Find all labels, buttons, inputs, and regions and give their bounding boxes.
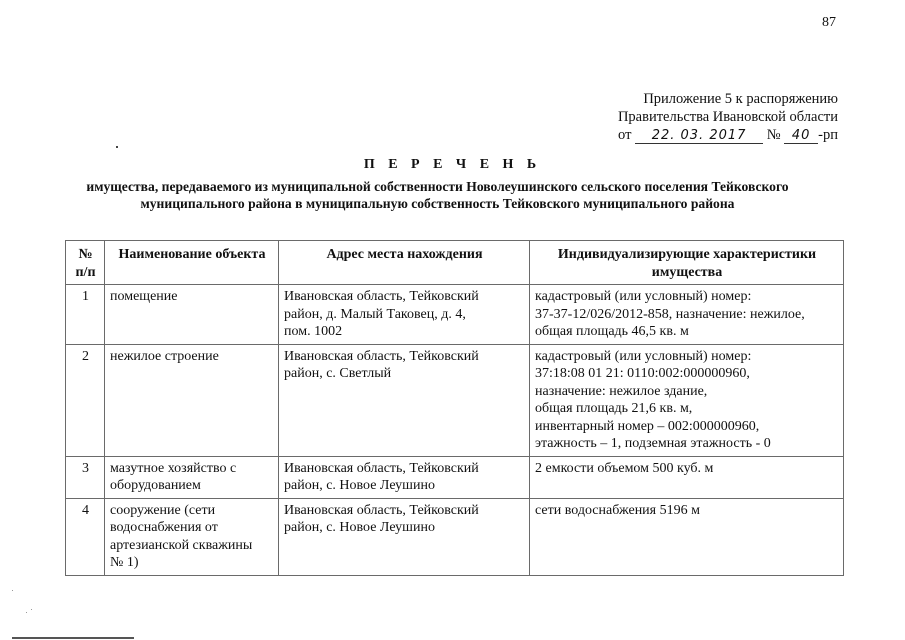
appendix-line-2: Правительства Ивановской области (618, 108, 838, 126)
row-number: 3 (66, 456, 105, 498)
cell-line: мазутное хозяйство с (110, 460, 274, 478)
cell-line: № 1) (110, 554, 274, 572)
cell-line: этажность – 1, подземная этажность - 0 (535, 435, 839, 453)
table-row: 1 помещение Ивановская область, Тейковск… (66, 285, 844, 345)
cell-line: нежилое строение (110, 348, 274, 366)
cell-line: инвентарный номер – 002:000000960, (535, 418, 839, 436)
number-prefix: № (767, 127, 781, 143)
scan-speck (12, 590, 13, 591)
cell-line: район, с. Новое Леушино (284, 477, 525, 495)
row-number: 4 (66, 498, 105, 575)
cell-line: Ивановская область, Тейковский (284, 348, 525, 366)
cell-line: район, с. Светлый (284, 365, 525, 383)
cell-line: общая площадь 21,6 кв. м, (535, 400, 839, 418)
page-number: 87 (822, 15, 836, 31)
cell-line: район, д. Малый Таковец, д. 4, (284, 306, 525, 324)
cell-line: Ивановская область, Тейковский (284, 502, 525, 520)
appendix-line-1: Приложение 5 к распоряжению (618, 90, 838, 108)
handwritten-number: 40 (784, 129, 818, 144)
row-characteristics: 2 емкости объемом 500 куб. м (530, 456, 844, 498)
row-name: сооружение (сети водоснабжения от артези… (105, 498, 279, 575)
header-number: № п/п (66, 241, 105, 285)
row-name: мазутное хозяйство с оборудованием (105, 456, 279, 498)
table-header-row: № п/п Наименование объекта Адрес места н… (66, 241, 844, 285)
cell-line: сооружение (сети (110, 502, 274, 520)
cell-line: помещение (110, 288, 274, 306)
cell-line: водоснабжения от (110, 519, 274, 537)
cell-line: 37:18:08 01 21: 0110:002:000000960, (535, 365, 839, 383)
header-chars-line-2: имущества (535, 264, 839, 282)
row-address: Ивановская область, Тейковский район, с.… (279, 344, 530, 456)
order-suffix: -рп (818, 127, 838, 143)
cell-line: артезианской скважины (110, 537, 274, 555)
header-chars-line-1: Индивидуализирующие характеристики (535, 246, 839, 264)
cell-line: район, с. Новое Леушино (284, 519, 525, 537)
document-subtitle: имущества, передаваемого из муниципально… (20, 178, 855, 212)
cell-line: назначение: нежилое здание, (535, 383, 839, 401)
table-row: 2 нежилое строение Ивановская область, Т… (66, 344, 844, 456)
cell-line: кадастровый (или условный) номер: (535, 348, 839, 366)
cell-line: Ивановская область, Тейковский (284, 460, 525, 478)
subtitle-line-2: муниципального района в муниципальную со… (20, 195, 855, 212)
cell-line: 2 емкости объемом 500 куб. м (535, 460, 839, 478)
document-title: П Е Р Е Ч Е Н Ь (0, 157, 905, 173)
table-row: 3 мазутное хозяйство с оборудованием Ива… (66, 456, 844, 498)
row-characteristics: кадастровый (или условный) номер: 37-37-… (530, 285, 844, 345)
row-name: помещение (105, 285, 279, 345)
cell-line: Ивановская область, Тейковский (284, 288, 525, 306)
subtitle-line-1: имущества, передаваемого из муниципально… (20, 178, 855, 195)
row-address: Ивановская область, Тейковский район, д.… (279, 285, 530, 345)
row-number: 1 (66, 285, 105, 345)
cell-line: сети водоснабжения 5196 м (535, 502, 839, 520)
appendix-line-3: от 22. 03. 2017 № 40-рп (618, 126, 838, 144)
cell-line: 37-37-12/026/2012-858, назначение: нежил… (535, 306, 839, 324)
row-address: Ивановская область, Тейковский район, с.… (279, 498, 530, 575)
header-address: Адрес места нахождения (279, 241, 530, 285)
header-name: Наименование объекта (105, 241, 279, 285)
property-table: № п/п Наименование объекта Адрес места н… (65, 240, 844, 576)
row-number: 2 (66, 344, 105, 456)
row-characteristics: сети водоснабжения 5196 м (530, 498, 844, 575)
date-prefix: от (618, 127, 631, 143)
header-number-line-1: № (71, 246, 100, 264)
header-characteristics: Индивидуализирующие характеристики имуще… (530, 241, 844, 285)
row-characteristics: кадастровый (или условный) номер: 37:18:… (530, 344, 844, 456)
scan-speck (116, 146, 118, 148)
table-row: 4 сооружение (сети водоснабжения от арте… (66, 498, 844, 575)
cell-line: оборудованием (110, 477, 274, 495)
cell-line: пом. 1002 (284, 323, 525, 341)
header-number-line-2: п/п (71, 264, 100, 282)
row-name: нежилое строение (105, 344, 279, 456)
appendix-block: Приложение 5 к распоряжению Правительств… (618, 90, 838, 144)
scan-speck (26, 612, 27, 613)
scan-speck (31, 609, 32, 610)
cell-line: кадастровый (или условный) номер: (535, 288, 839, 306)
cell-line: общая площадь 46,5 кв. м (535, 323, 839, 341)
handwritten-date: 22. 03. 2017 (635, 129, 763, 144)
row-address: Ивановская область, Тейковский район, с.… (279, 456, 530, 498)
footer-rule (12, 637, 134, 639)
